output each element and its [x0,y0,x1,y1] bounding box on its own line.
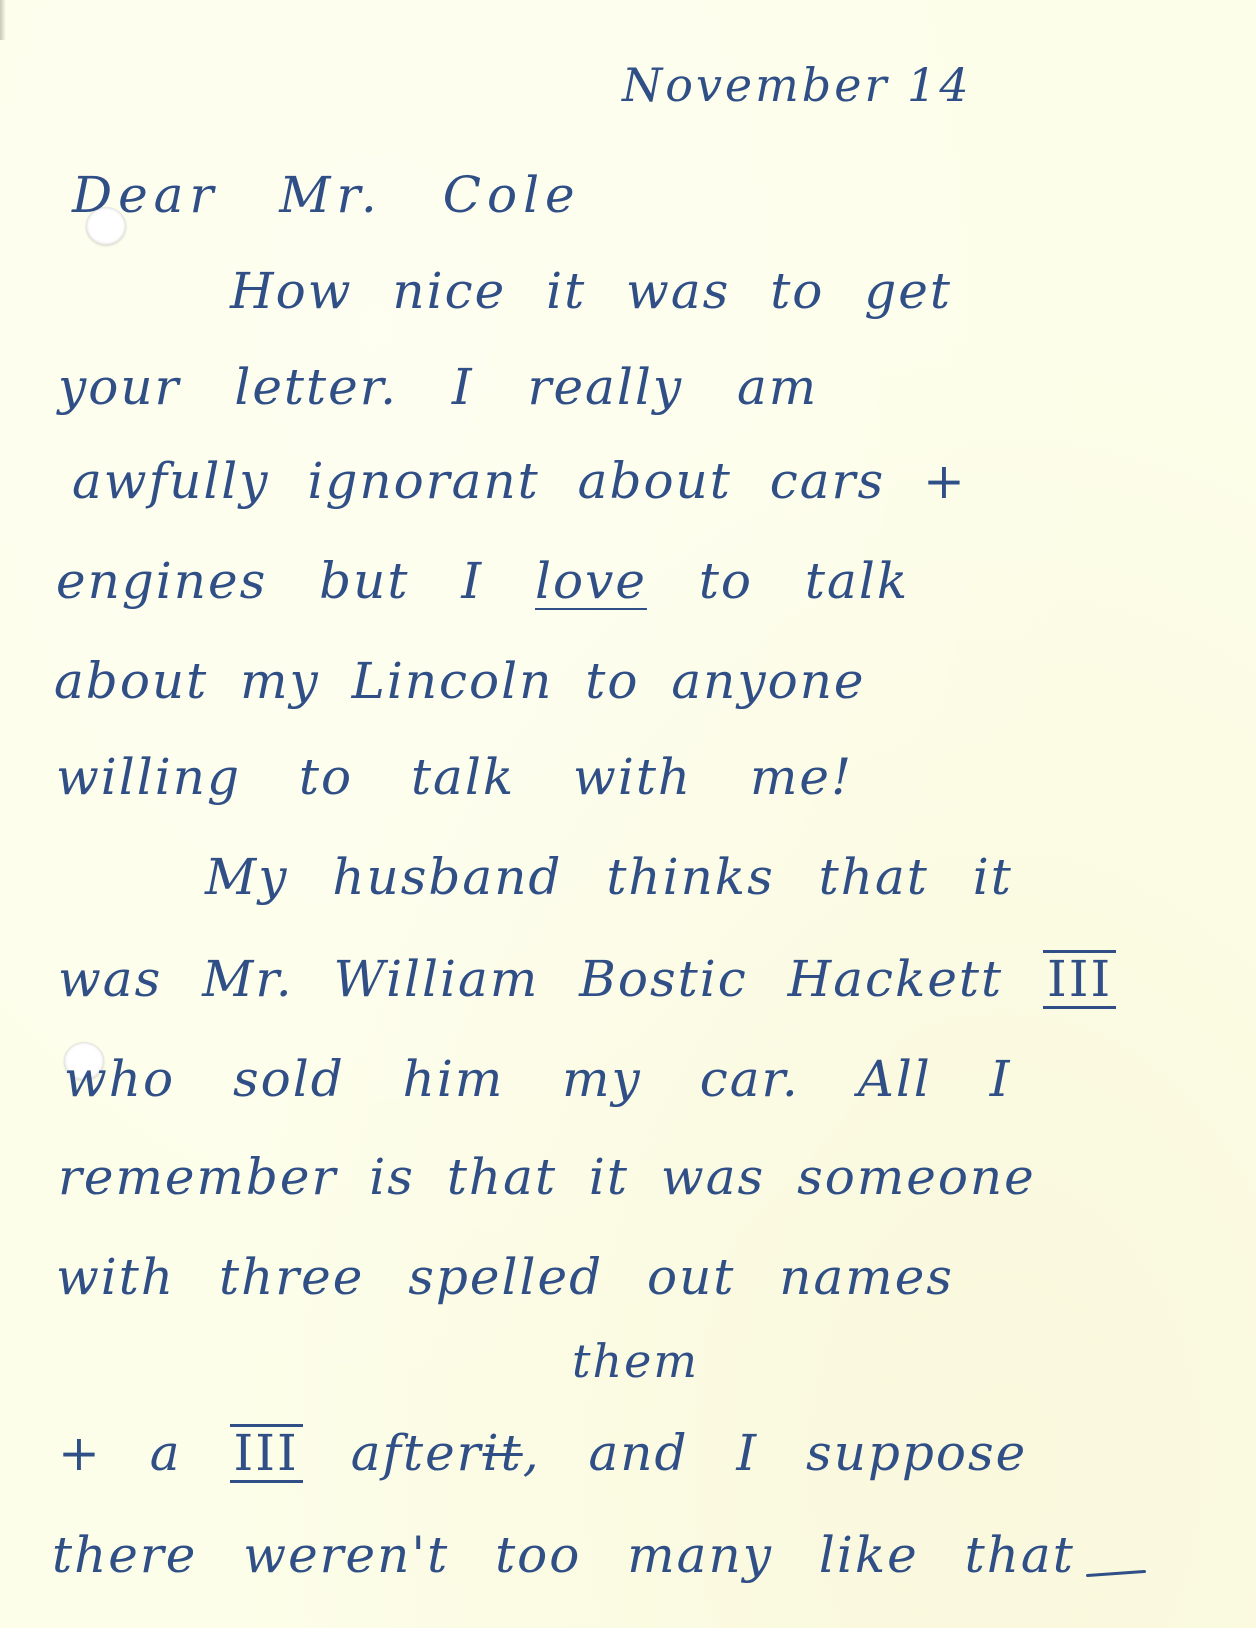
paper-edge-shadow [0,0,6,40]
roman-numeral-three: III [230,1424,303,1483]
underlined-word-love: love [535,552,647,610]
salutation-greeting: Dear [72,166,219,224]
salutation: Dear Mr. Cole [72,170,581,220]
letter-line-10: remember is that it was someone [58,1152,1036,1202]
letter-line-4: engines but I love to talk [56,556,909,606]
line-4-tail: to talk [699,552,909,610]
letter-line-13: there weren't too many like that [52,1530,1075,1580]
trailing-pen-stroke [1086,1570,1146,1577]
line-4-start: engines but I [56,552,483,610]
inserted-word-them: them [572,1338,699,1384]
letter-line-8: was Mr. William Bostic Hackett III [58,950,1116,1009]
letter-line-11: with three spelled out names [56,1252,954,1302]
roman-numeral-suffix: III [1043,950,1116,1009]
letter-line-2: your letter. I really am [58,362,818,412]
letter-paper: November 14 Dear Mr. Cole How nice it wa… [0,0,1256,1628]
line-12-tail: , and I suppose [523,1424,1028,1482]
letter-line-7: My husband thinks that it [205,852,1013,902]
letter-line-5: about my Lincoln to anyone [54,656,866,706]
letter-line-1: How nice it was to get [230,266,952,316]
salutation-title: Mr. [279,166,383,224]
letter-line-6: willing to talk with me! [56,752,853,802]
struck-word-it: it [483,1424,523,1482]
letter-date: November 14 [622,62,972,108]
line-12-after: after [351,1424,483,1482]
salutation-name: Cole [443,166,581,224]
line-12-start: + a [58,1424,182,1482]
letter-line-9: who sold him my car. All I [64,1054,1011,1104]
letter-line-3: awfully ignorant about cars + [72,456,967,506]
letter-line-12: + a III afterit, and I suppose [58,1424,1027,1483]
line-8-text: was Mr. William Bostic Hackett [58,950,1003,1008]
